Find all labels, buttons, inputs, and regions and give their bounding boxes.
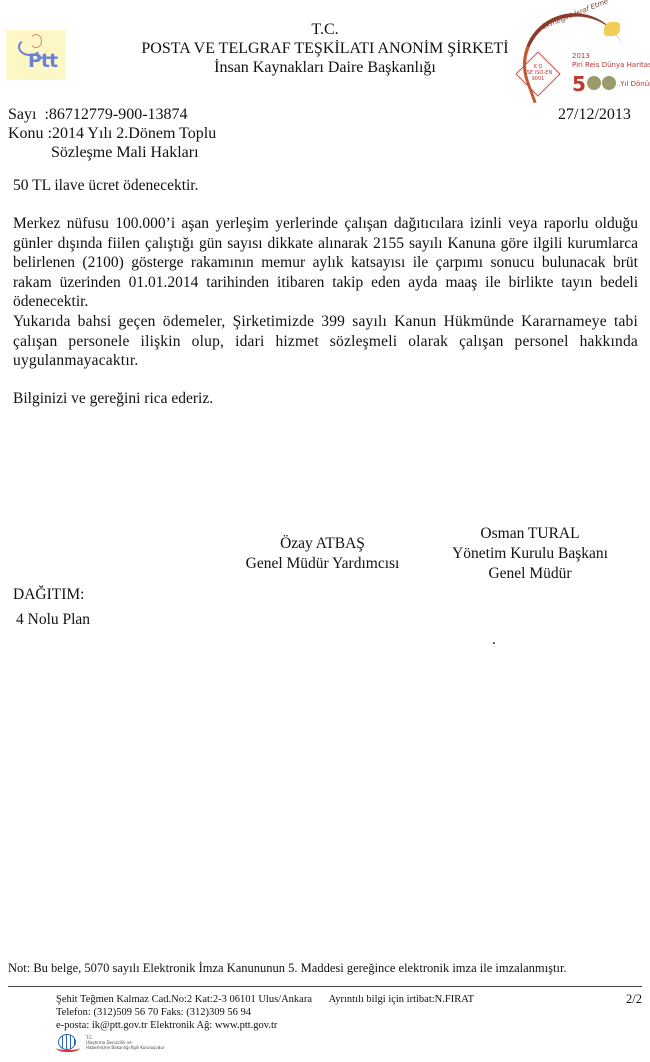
signatory-title-2: Genel Müdür <box>430 564 630 584</box>
signature-block-1: Özay ATBAŞ Genel Müdür Yardımcısı <box>220 534 425 574</box>
subject-line-2: Sözleşme Mali Hakları <box>51 143 199 162</box>
paragraph-2: Merkez nüfusu 100.000’i aşan yerleşim ye… <box>13 214 638 312</box>
logo-number: 5 <box>572 72 586 96</box>
distribution-dot: . <box>492 630 512 650</box>
ministry-logo: T.C. Ulaştırma Denizcilik ve Haberleşme … <box>56 1034 156 1052</box>
iso-badge-line: 9001 <box>518 76 558 82</box>
footer-contact: Şehit Teğmen Kalmaz Cad.No:2 Kat:2-3 061… <box>56 993 474 1032</box>
document-date: 27/12/2013 <box>558 105 631 124</box>
footer-contact-person: Ayrıntılı bilgi için irtibat:N.FIRAT <box>329 994 474 1005</box>
coin-icon <box>602 76 616 90</box>
paragraph-1: 50 TL ilave ücret ödenecektir. <box>13 176 638 196</box>
footer-address-line: Şehit Teğmen Kalmaz Cad.No:2 Kat:2-3 061… <box>56 993 474 1006</box>
iso-badge-text: K Q TSE ISO-EN 9001 <box>518 64 558 82</box>
distribution-label: DAĞITIM: <box>13 585 638 605</box>
ptt-500-year-logo: Ekmeğini İsraf Etme 2013 Piri Reis Dünya… <box>500 6 645 98</box>
footer-address: Şehit Teğmen Kalmaz Cad.No:2 Kat:2-3 061… <box>56 994 312 1005</box>
signatory-title: Genel Müdür Yardımcısı <box>220 554 425 574</box>
konu-label: Konu <box>8 125 44 142</box>
paragraph-4: Bilginizi ve gereğini rica ederiz. <box>13 389 638 409</box>
signatory-title: Yönetim Kurulu Başkanı <box>430 544 630 564</box>
footer-divider <box>8 986 642 987</box>
ministry-line: Haberleşme Bakanlığı İlgili Kuruluşudur <box>86 1045 165 1050</box>
signature-block-2: Osman TURAL Yönetim Kurulu Başkanı Genel… <box>430 524 630 584</box>
signatory-name: Özay ATBAŞ <box>220 534 425 554</box>
footer-phone: Telefon: (312)509 56 70 Faks: (312)309 5… <box>56 1006 474 1019</box>
sayi-value: :86712779-900-13874 <box>44 106 187 123</box>
ministry-text: T.C. Ulaştırma Denizcilik ve Haberleşme … <box>86 1035 165 1050</box>
coin-icon <box>587 76 601 90</box>
distribution-item: 4 Nolu Plan <box>16 610 641 630</box>
konu-value: :2014 Yılı 2.Dönem Toplu <box>48 125 217 142</box>
wheat-icon <box>604 22 620 36</box>
footer-email[interactable]: e-posta: ik@ptt.gov.tr Elektronik Ağ: ww… <box>56 1019 474 1032</box>
e-signature-note: Not: Bu belge, 5070 sayılı Elektronik İm… <box>8 961 567 976</box>
document-number: Sayı :86712779-900-13874 <box>8 105 188 124</box>
ministry-swoosh-icon <box>56 1044 80 1052</box>
logo-tagline: Piri Reis Dünya Haritası'nın <box>572 61 650 69</box>
page-number: 2/2 <box>626 992 642 1007</box>
logo-year: 2013 <box>572 52 590 60</box>
signatory-name: Osman TURAL <box>430 524 630 544</box>
logo-suffix: .Yıl Dönümü <box>618 80 650 88</box>
subject: Konu :2014 Yılı 2.Dönem Toplu <box>8 124 216 143</box>
sayi-label: Sayı <box>8 106 36 123</box>
paragraph-3: Yukarıda bahsi geçen ödemeler, Şirketimi… <box>13 312 638 371</box>
